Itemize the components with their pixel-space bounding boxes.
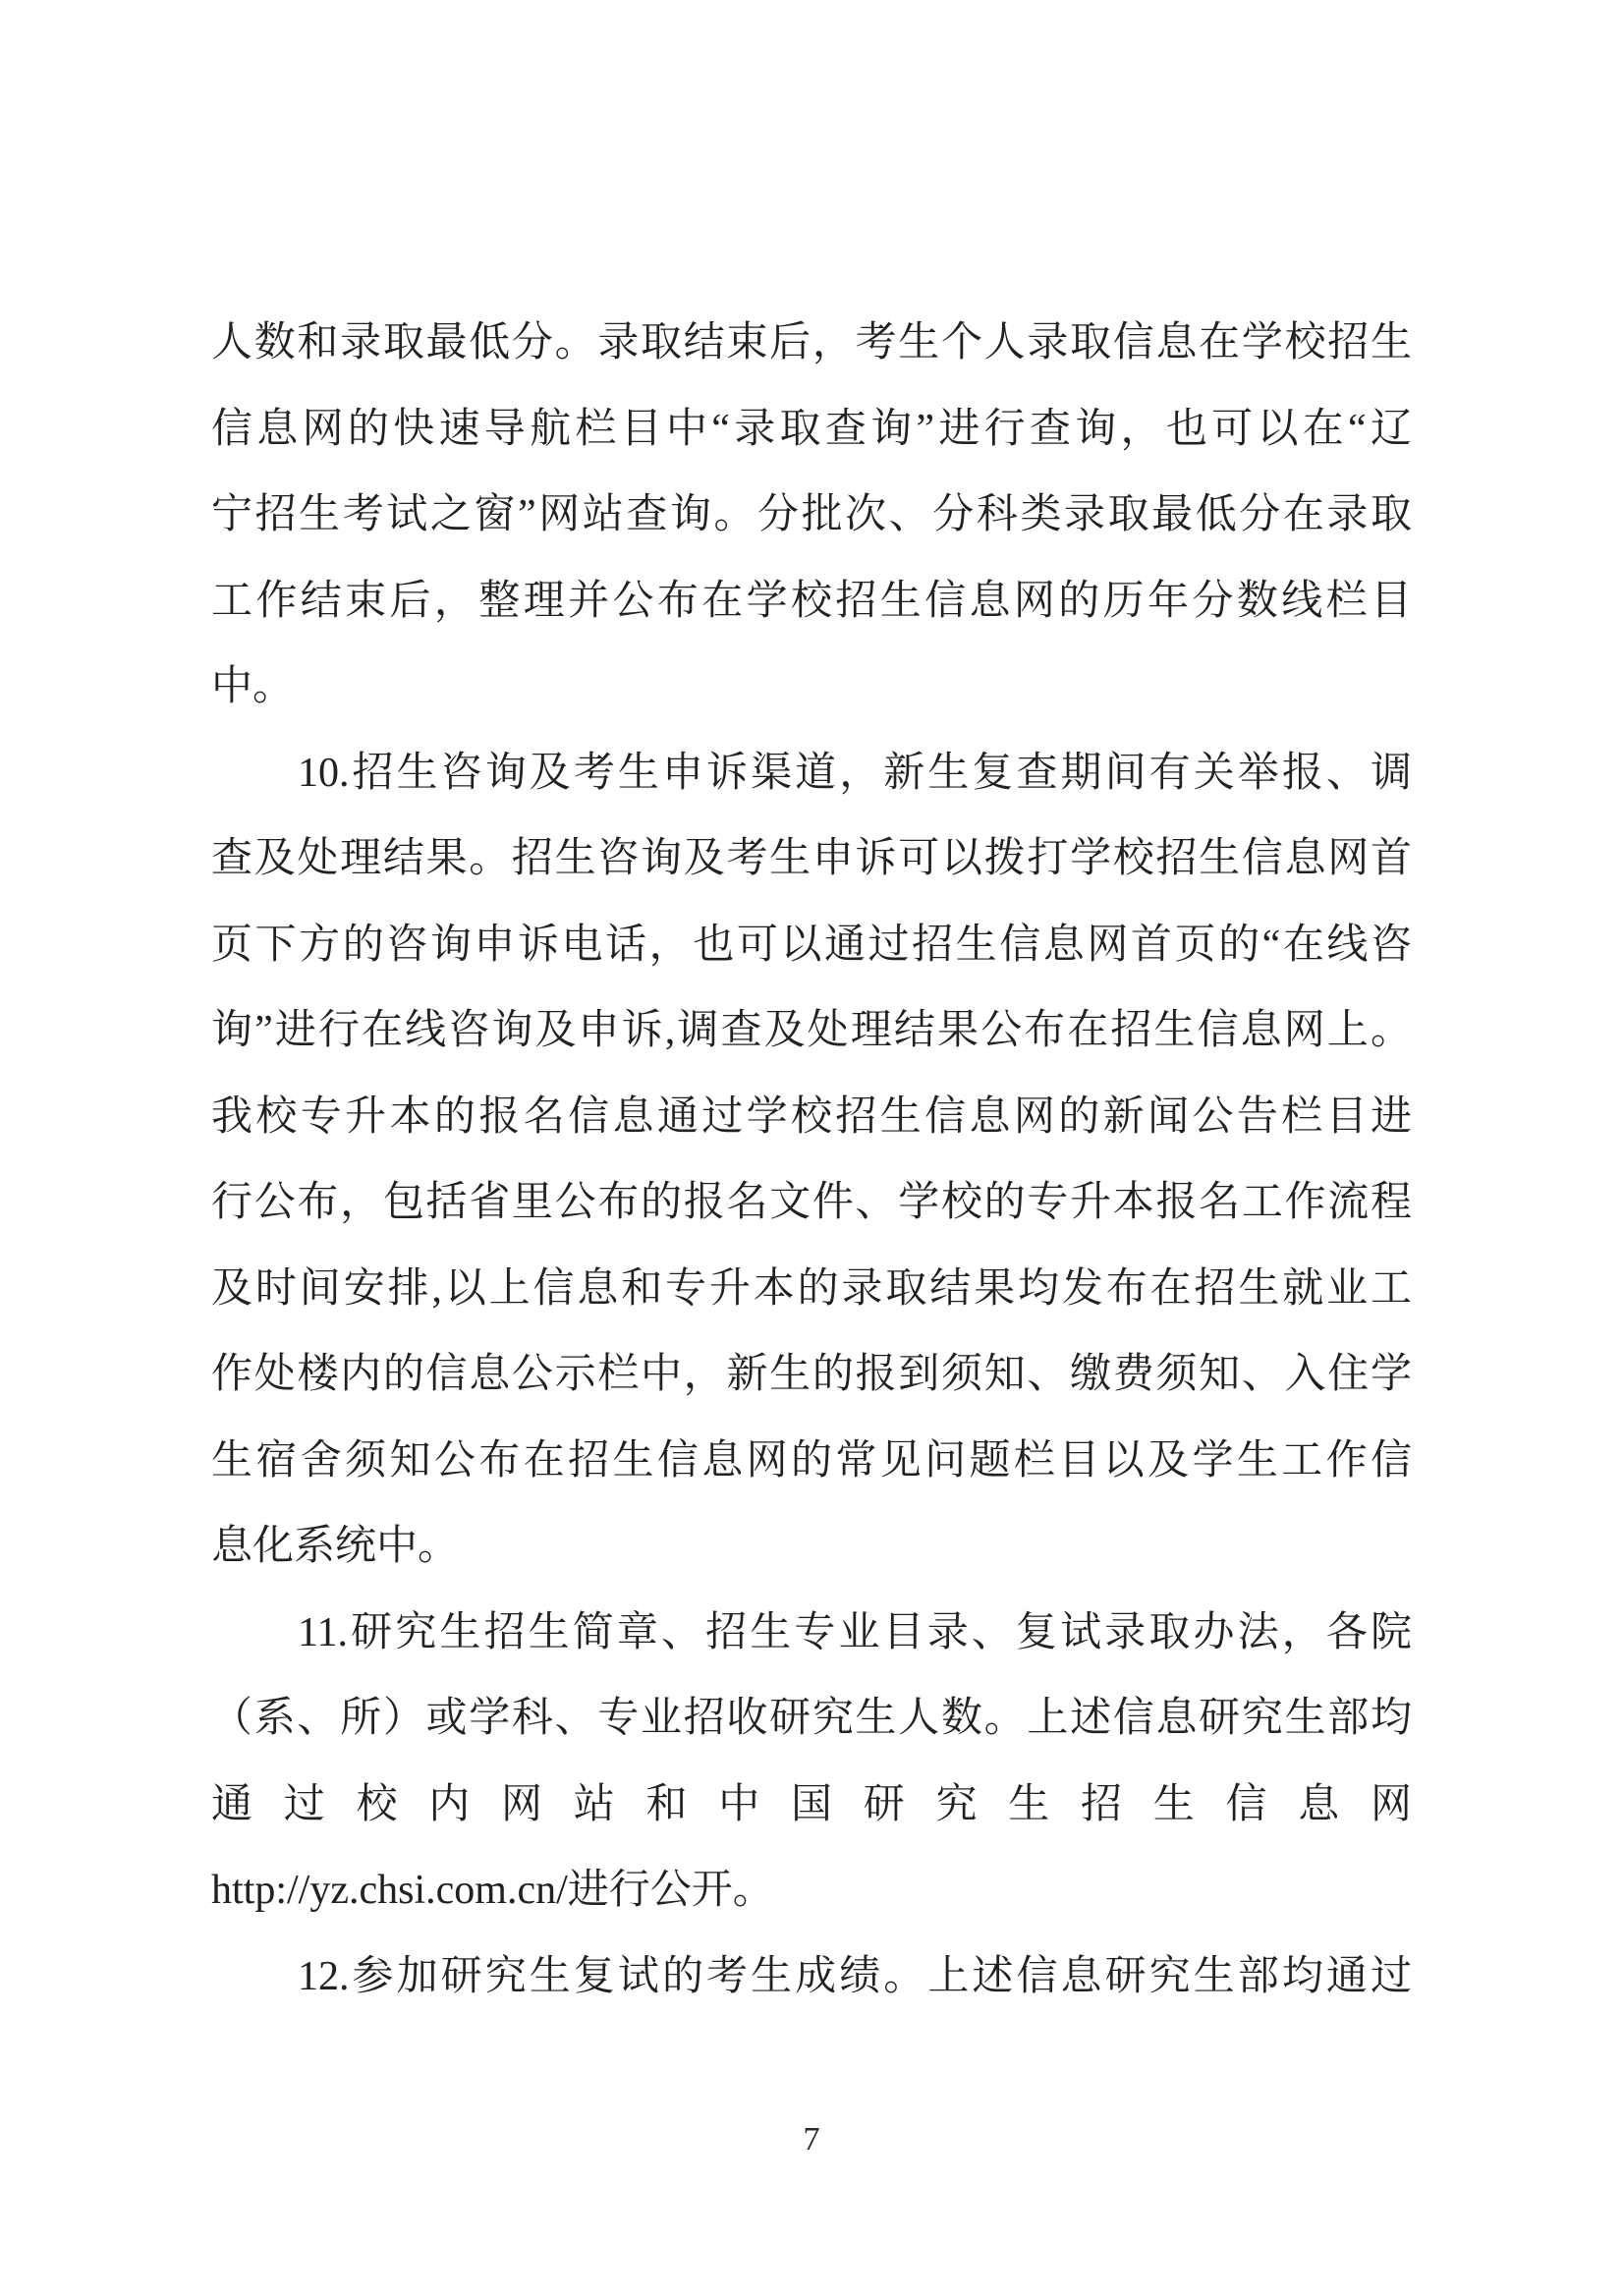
text-line-item-12: 12.参加研究生复试的考生成绩。上述信息研究生部均通过 <box>211 1934 1412 2021</box>
text-line: 信息网的快速导航栏目中“录取查询”进行查询，也可以在“辽 <box>211 387 1412 474</box>
text-line: 生宿舍须知公布在招生信息网的常见问题栏目以及学生工作信 <box>211 1419 1412 1505</box>
text-line: 通过校内网站和中国研究生招生信息网 <box>211 1763 1412 1849</box>
text-line: 息化系统中。 <box>211 1504 1412 1591</box>
text-line: 询”进行在线咨询及申诉,调查及处理结果公布在招生信息网上。 <box>211 988 1412 1075</box>
document-page-body: 人数和录取最低分。录取结束后，考生个人录取信息在学校招生 信息网的快速导航栏目中… <box>211 301 1412 2020</box>
text-line: 宁招生考试之窗”网站查询。分批次、分科类录取最低分在录取 <box>211 473 1412 559</box>
text-line: 作处楼内的信息公示栏中，新生的报到须知、缴费须知、入住学 <box>211 1332 1412 1419</box>
text-line: 我校专升本的报名信息通过学校招生信息网的新闻公告栏目进 <box>211 1075 1412 1161</box>
text-line: 行公布，包括省里公布的报名文件、学校的专升本报名工作流程 <box>211 1160 1412 1247</box>
text-line: 工作结束后，整理并公布在学校招生信息网的历年分数线栏目 <box>211 559 1412 645</box>
text-line: 中。 <box>211 644 1412 731</box>
text-line-item-11: 11.研究生招生简章、招生专业目录、复试录取办法，各院 <box>211 1591 1412 1677</box>
text-line: 查及处理结果。招生咨询及考生申诉可以拨打学校招生信息网首 <box>211 816 1412 903</box>
text-line: （系、所）或学科、专业招收研究生人数。上述信息研究生部均 <box>211 1676 1412 1763</box>
text-line: 及时间安排,以上信息和专升本的录取结果均发布在招生就业工 <box>211 1247 1412 1333</box>
page-number: 7 <box>0 2120 1623 2159</box>
text-line-url: http://yz.chsi.com.cn/进行公开。 <box>211 1848 1412 1934</box>
text-line: 页下方的咨询申诉电话，也可以通过招生信息网首页的“在线咨 <box>211 903 1412 989</box>
text-line: 人数和录取最低分。录取结束后，考生个人录取信息在学校招生 <box>211 301 1412 387</box>
text-line-item-10: 10.招生咨询及考生申诉渠道，新生复查期间有关举报、调 <box>211 731 1412 817</box>
